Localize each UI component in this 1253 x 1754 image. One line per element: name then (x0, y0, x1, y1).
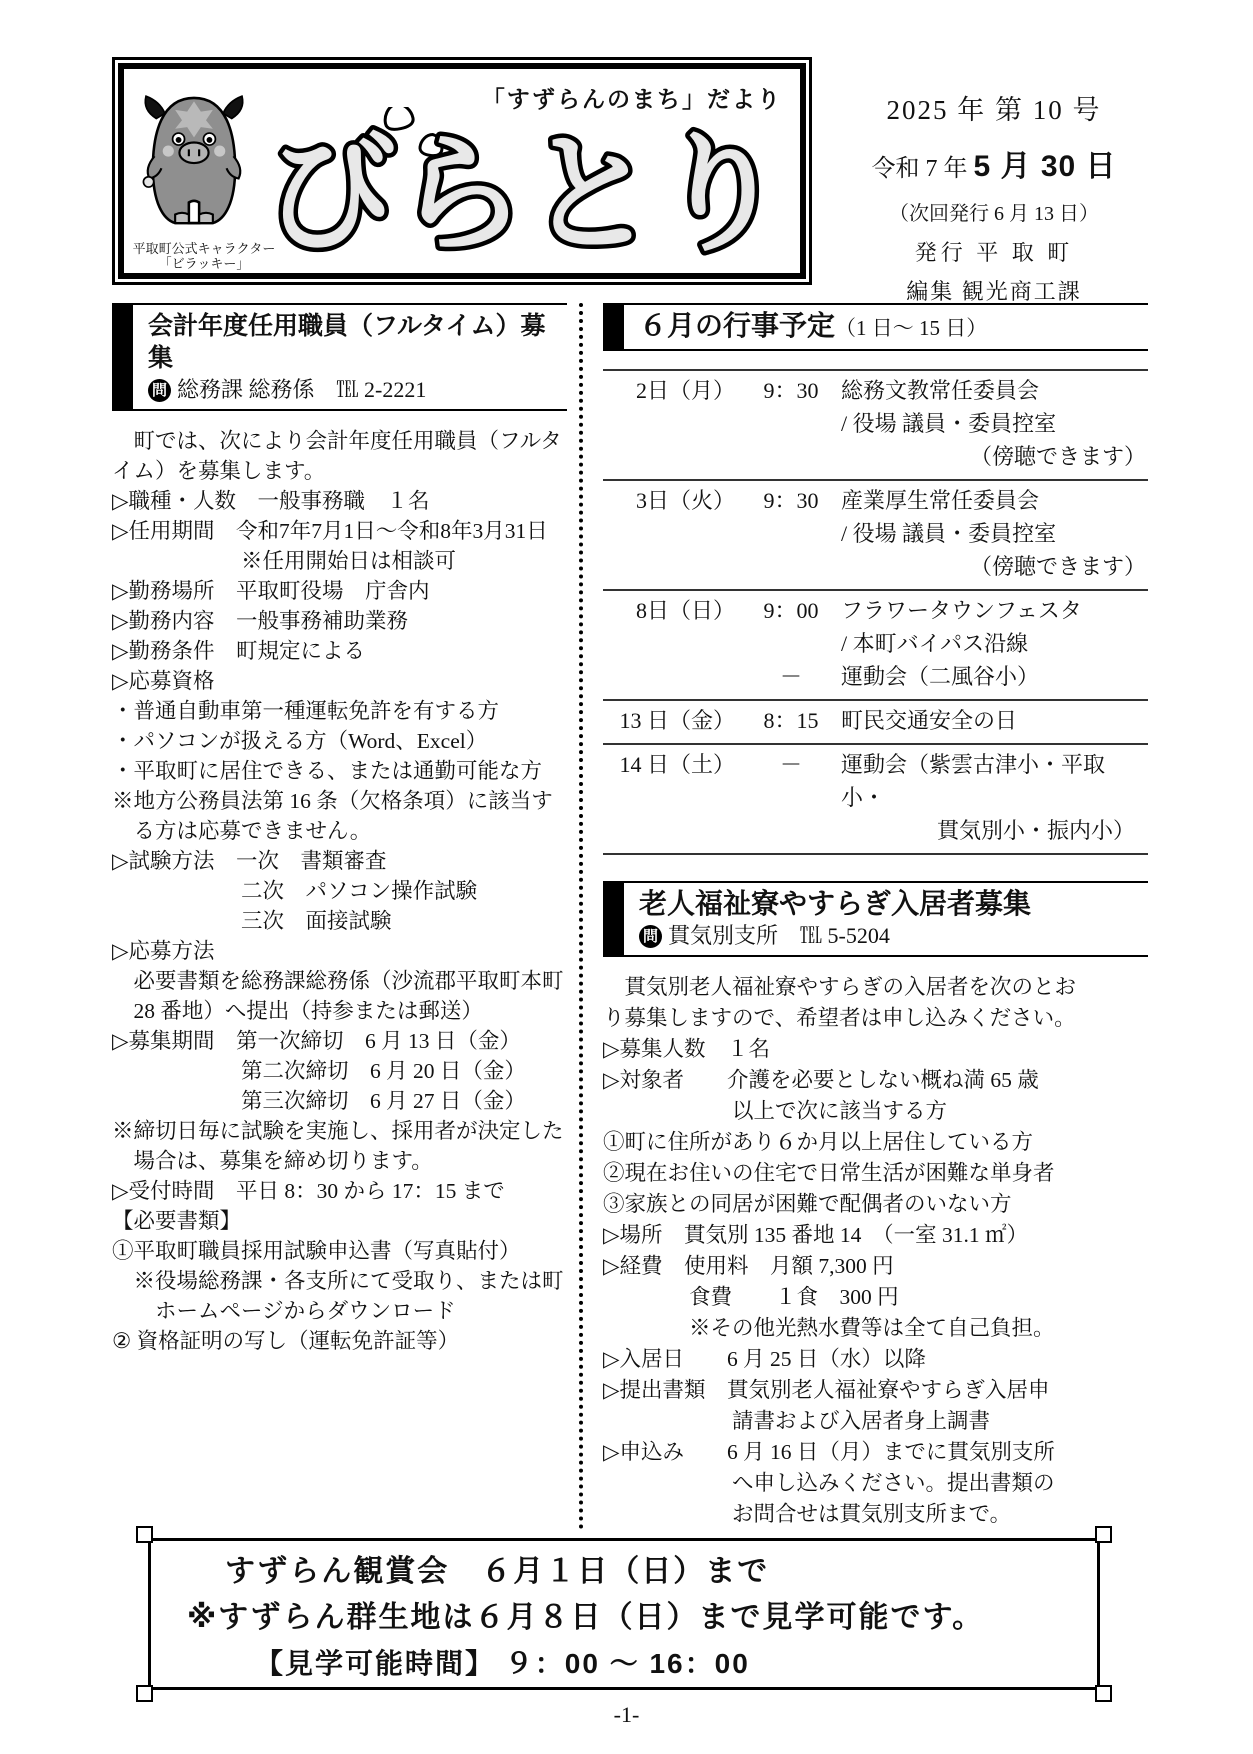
event-row: 13 日（金） 8：15 町民交通安全の日 (603, 699, 1148, 743)
banner-line1: すずらん観賞会 ６月１日（日）まで (151, 1541, 1097, 1595)
section-dormitory-title: 老人福祉寮やすらぎ入居者募集 (639, 888, 1142, 920)
event-time: － (741, 748, 841, 847)
contact-tel: ℡ 2-2221 (337, 377, 427, 402)
event-time: － (741, 660, 841, 693)
event-desc-line: 運動会（紫雲古津小・平取小・ (841, 748, 1148, 814)
newsletter-title-art: びらとり (254, 107, 799, 269)
banner-corner-ornament (1095, 1685, 1112, 1702)
section-dormitory: 老人福祉寮やすらぎ入居者募集 問貫気別支所 ℡ 5-5204 貫気別老人福祉寮や… (603, 881, 1148, 1530)
banner-line3: 【見学可能時間】 ９：00 ～ 16：00 (151, 1641, 1097, 1687)
section-recruitment-header: 会計年度任用職員（フルタイム）募集 問総務課 総務係 ℡ 2-2221 (112, 303, 567, 411)
content-columns: 会計年度任用職員（フルタイム）募集 問総務課 総務係 ℡ 2-2221 町では、… (112, 303, 1148, 1530)
event-desc-line: 運動会（二風谷小） (841, 660, 1148, 693)
section-dormitory-body: 貫気別老人福祉寮やすらぎの入居者を次のとお り募集しますので、希望者は申し込みく… (603, 972, 1148, 1530)
section-events-title: ６月の行事予定（1 日～ 15 日） (639, 310, 1142, 344)
event-date-empty (603, 660, 741, 693)
event-time: 8：15 (741, 704, 841, 737)
section-recruitment-contact: 問総務課 総務係 ℡ 2-2221 (148, 376, 561, 404)
event-desc-line: / 役場 議員・委員控室 (841, 407, 1148, 440)
event-desc-line: 総務文教常任委員会 (841, 374, 1148, 407)
suzuran-banner: すずらん観賞会 ６月１日（日）まで ※すずらん群生地は６月８日（日）まで見学可能… (148, 1538, 1100, 1690)
event-desc-line: （傍聴できます） (841, 550, 1148, 583)
banner-corner-ornament (136, 1685, 153, 1702)
events-title-suffix: （1 日～ 15 日） (835, 316, 987, 340)
event-date: 3日（火） (603, 484, 741, 583)
event-date: 8日（日） (603, 594, 741, 660)
newsletter-page: 「すずらんのまち」だより (0, 0, 1253, 1754)
next-issue-date: （次回発行 6 月 13 日） (826, 197, 1162, 226)
left-column: 会計年度任用職員（フルタイム）募集 問総務課 総務係 ℡ 2-2221 町では、… (112, 303, 567, 1530)
event-date: 14 日（土） (603, 748, 741, 847)
inquiry-mark-icon: 問 (148, 379, 171, 402)
event-desc-line: / 役場 議員・委員控室 (841, 517, 1148, 550)
event-desc: 総務文教常任委員会 / 役場 議員・委員控室 （傍聴できます） (841, 374, 1148, 473)
issue-era: 令和 7 年 (871, 156, 967, 182)
issue-number: 2025 年 第 10 号 (826, 88, 1162, 127)
event-desc-line: フラワータウンフェスタ (841, 594, 1148, 627)
event-desc: 運動会（紫雲古津小・平取小・ 貫気別小・振内小） (841, 748, 1148, 847)
event-time: 9：00 (741, 594, 841, 660)
issue-date-bold: 5 月 30 日 (973, 150, 1116, 183)
banner-corner-ornament (136, 1526, 153, 1543)
section-dormitory-header: 老人福祉寮やすらぎ入居者募集 問貫気別支所 ℡ 5-5204 (603, 881, 1148, 957)
event-date: 2日（月） (603, 374, 741, 473)
banner-corner-ornament (1095, 1526, 1112, 1543)
event-desc-line: 貫気別小・振内小） (841, 814, 1148, 847)
event-row: 3日（火） 9：30 産業厚生常任委員会 / 役場 議員・委員控室 （傍聴できま… (603, 479, 1148, 589)
event-desc: フラワータウンフェスタ / 本町バイパス沿線 (841, 594, 1148, 660)
event-desc-line: / 本町バイパス沿線 (841, 627, 1148, 660)
event-row: 14 日（土） － 運動会（紫雲古津小・平取小・ 貫気別小・振内小） (603, 743, 1148, 855)
contact-tel: ℡ 5-5204 (800, 923, 890, 948)
event-row: 8日（日） 9：00 フラワータウンフェスタ / 本町バイパス沿線 － 運動会（… (603, 589, 1148, 699)
contact-department: 貫気別支所 (668, 923, 778, 948)
event-desc-line: （傍聴できます） (841, 440, 1148, 473)
event-row: 2日（月） 9：30 総務文教常任委員会 / 役場 議員・委員控室 （傍聴できま… (603, 369, 1148, 479)
right-column: ６月の行事予定（1 日～ 15 日） 2日（月） 9：30 総務文教常任委員会 … (603, 303, 1148, 1530)
contact-department: 総務課 総務係 (177, 377, 315, 402)
event-date: 13 日（金） (603, 704, 741, 737)
issue-date: 令和 7 年 5 月 30 日 (826, 141, 1162, 185)
event-time: 9：30 (741, 374, 841, 473)
section-events-header: ６月の行事予定（1 日～ 15 日） (603, 303, 1148, 351)
editor: 編集 観光商工課 (826, 275, 1162, 306)
section-recruitment-title: 会計年度任用職員（フルタイム）募集 (148, 310, 561, 374)
column-divider (579, 303, 583, 1530)
event-desc-line: 町民交通安全の日 (841, 704, 1148, 737)
section-recruitment-body: 町では、次により会計年度任用職員（フルタ イム）を募集します。 ▷職種・人数 一… (112, 426, 567, 1356)
banner-line2: ※すずらん群生地は６月８日（日）まで見学可能です。 (151, 1595, 1097, 1641)
events-table: 2日（月） 9：30 総務文教常任委員会 / 役場 議員・委員控室 （傍聴できま… (603, 369, 1148, 855)
inquiry-mark-icon: 問 (639, 925, 662, 948)
masthead-inner-frame: 「すずらんのまち」だより (118, 63, 806, 279)
page-number: -1- (0, 1702, 1253, 1728)
events-title-text: ６月の行事予定 (639, 310, 835, 341)
masthead-box: 「すずらんのまち」だより (112, 57, 812, 285)
mascot-character-illustration (134, 89, 254, 244)
section-dormitory-contact: 問貫気別支所 ℡ 5-5204 (639, 922, 1142, 950)
issue-info: 2025 年 第 10 号 令和 7 年 5 月 30 日 （次回発行 6 月 … (826, 88, 1162, 306)
publisher: 発行 平 取 町 (826, 236, 1162, 267)
event-desc-line: 産業厚生常任委員会 (841, 484, 1148, 517)
event-desc: 産業厚生常任委員会 / 役場 議員・委員控室 （傍聴できます） (841, 484, 1148, 583)
event-time: 9：30 (741, 484, 841, 583)
newsletter-title: びらとり (266, 118, 786, 269)
